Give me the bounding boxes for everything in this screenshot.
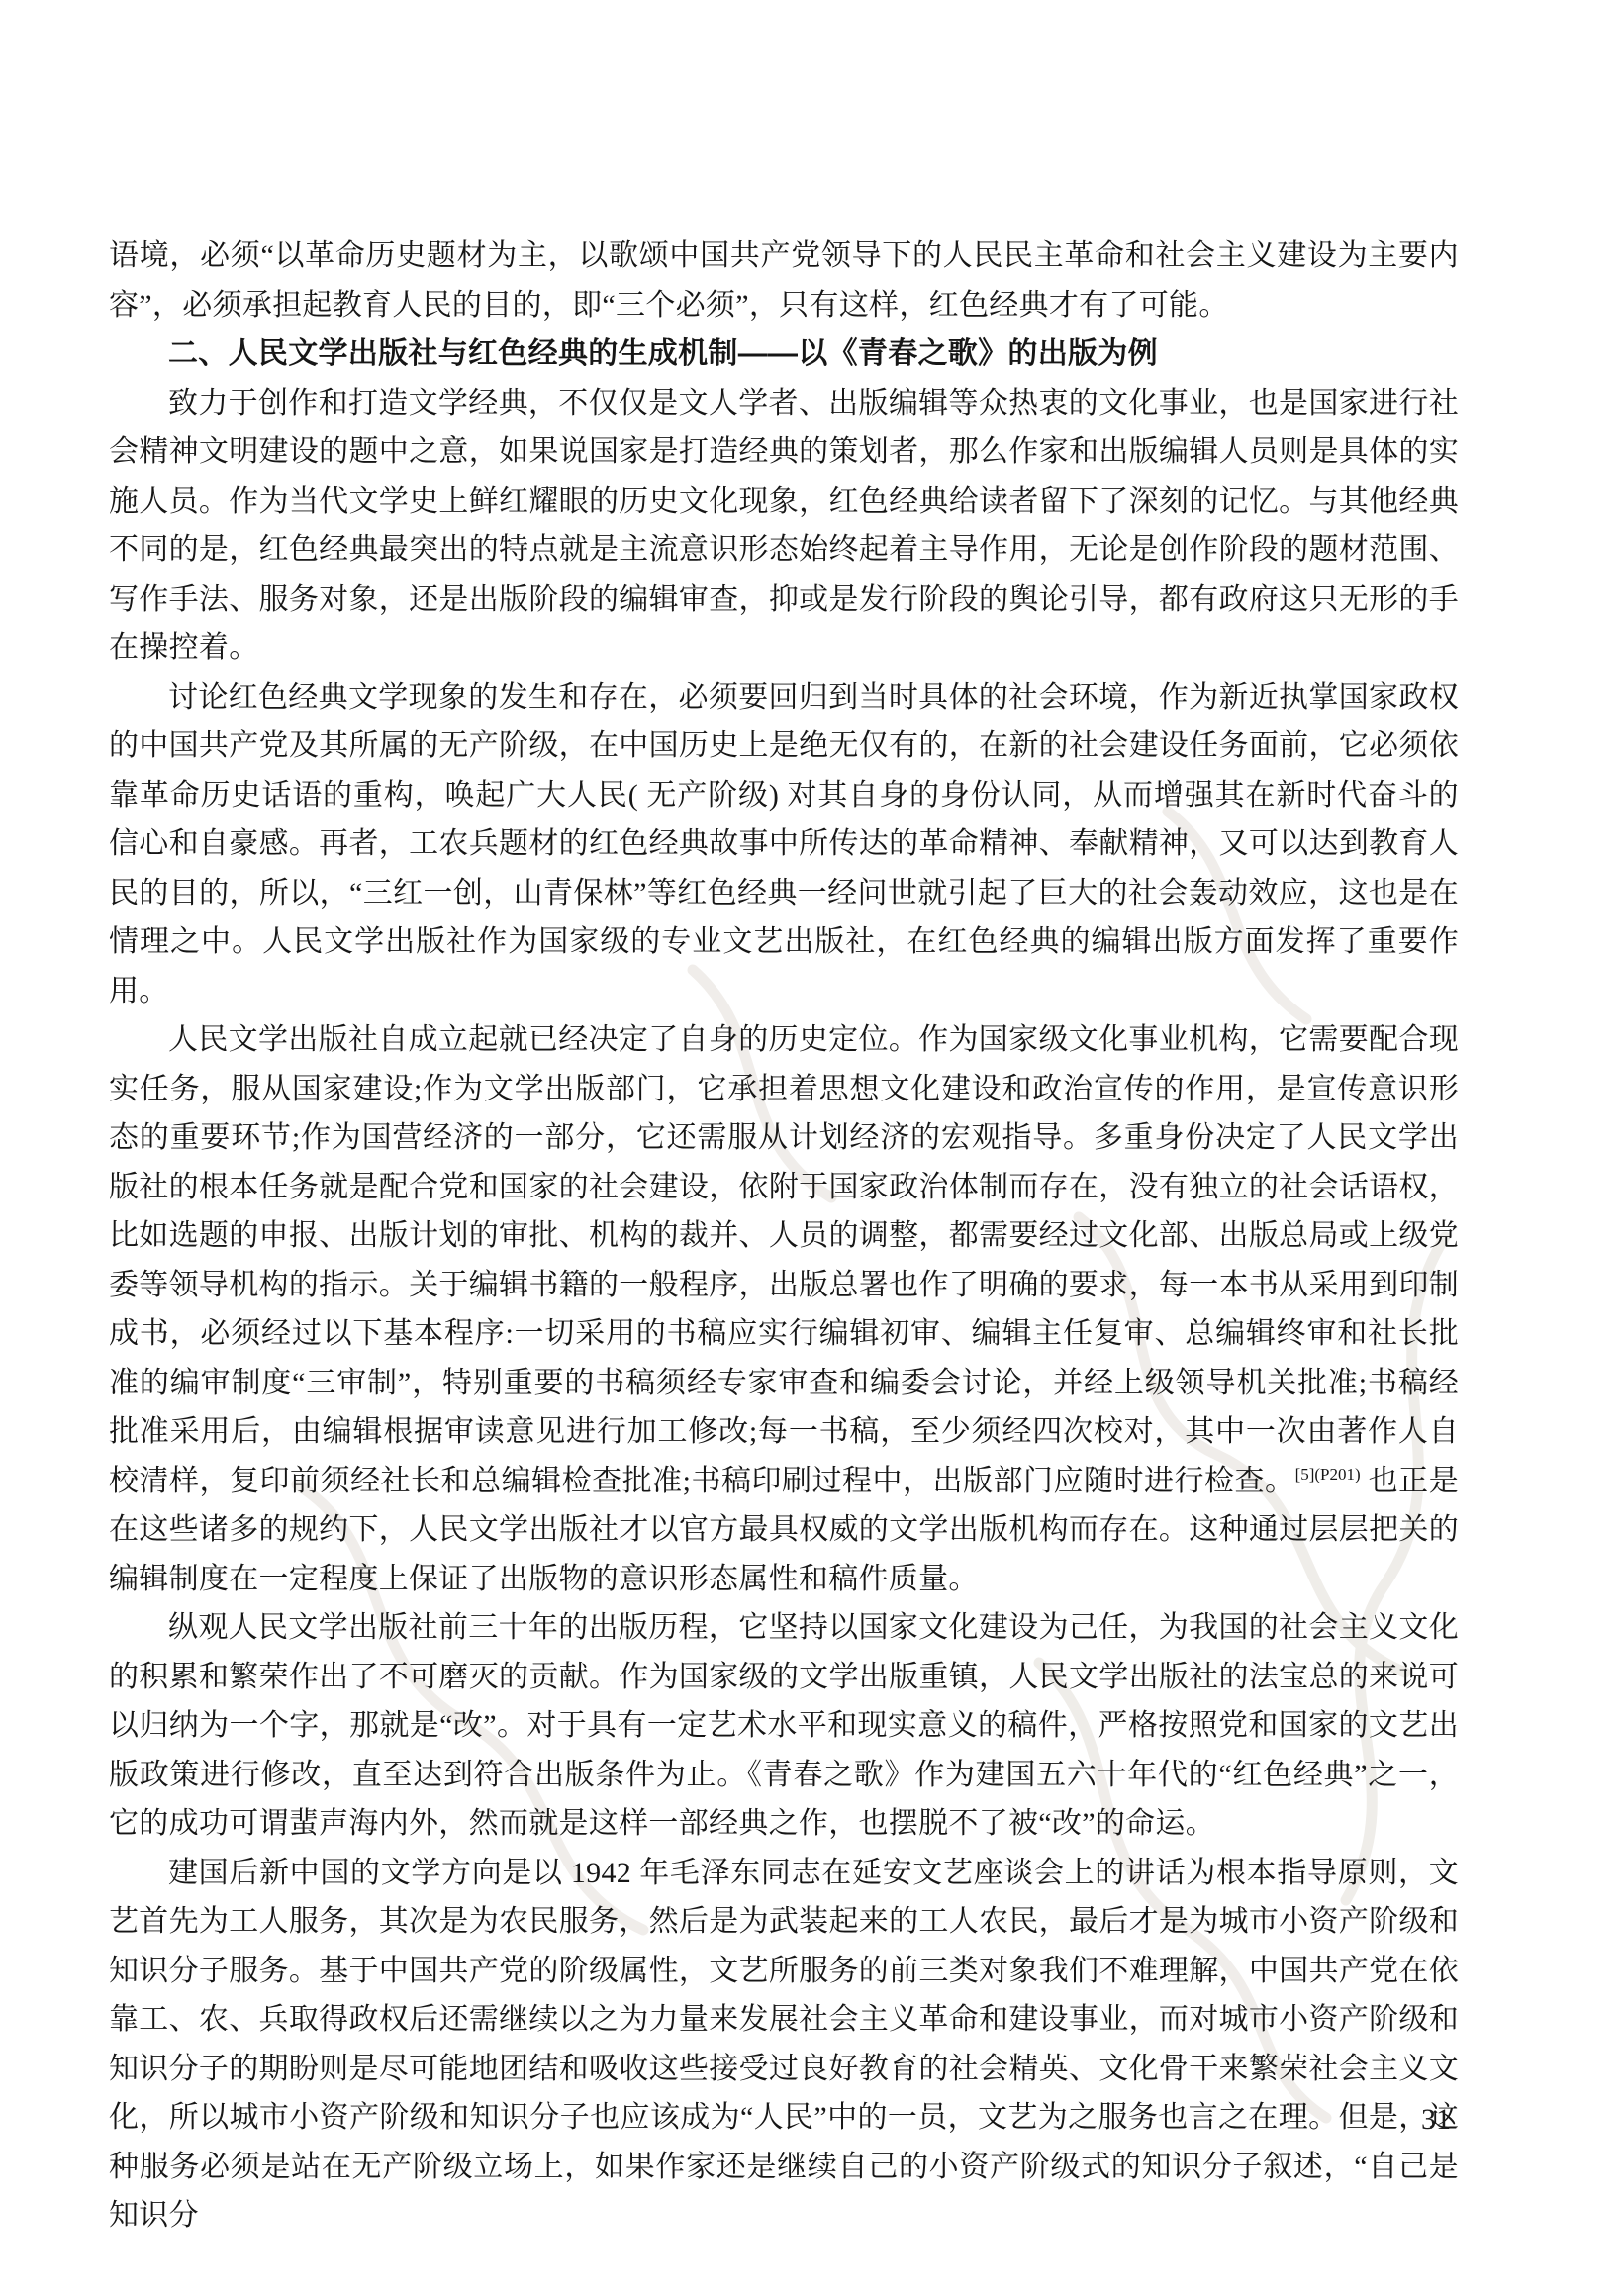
document-page: 语境，必须“以革命历史题材为主，以歌颂中国共产党领导下的人民民主革命和社会主义建… [0,0,1623,2296]
body-paragraph: 建国后新中国的文学方向是以 1942 年毛泽东同志在延安文艺座谈会上的讲话为根本… [109,1849,1459,2241]
body-paragraph: 致力于创作和打造文学经典，不仅仅是文人学者、出版编辑等众热衷的文化事业，也是国家… [109,379,1459,673]
body-paragraph: 人民文学出版社自成立起就已经决定了自身的历史定位。作为国家级文化事业机构，它需要… [109,1015,1459,1603]
continuation-paragraph: 语境，必须“以革命历史题材为主，以歌颂中国共产党领导下的人民民主革命和社会主义建… [109,232,1459,330]
body-paragraph: 纵观人民文学出版社前三十年的出版历程，它坚持以国家文化建设为己任，为我国的社会主… [109,1603,1459,1849]
page-number: 31 [1421,2102,1451,2138]
body-paragraph: 讨论红色经典文学现象的发生和存在，必须要回归到当时具体的社会环境，作为新近执掌国… [109,673,1459,1016]
citation-marker: [5](P201) [1295,1465,1361,1483]
paragraph-text: 人民文学出版社自成立起就已经决定了自身的历史定位。作为国家级文化事业机构，它需要… [109,1023,1459,1497]
text-column: 语境，必须“以革命历史题材为主，以歌颂中国共产党领导下的人民民主革命和社会主义建… [109,232,1459,2241]
section-heading: 二、人民文学出版社与红色经典的生成机制——以《青春之歌》的出版为例 [109,330,1459,379]
